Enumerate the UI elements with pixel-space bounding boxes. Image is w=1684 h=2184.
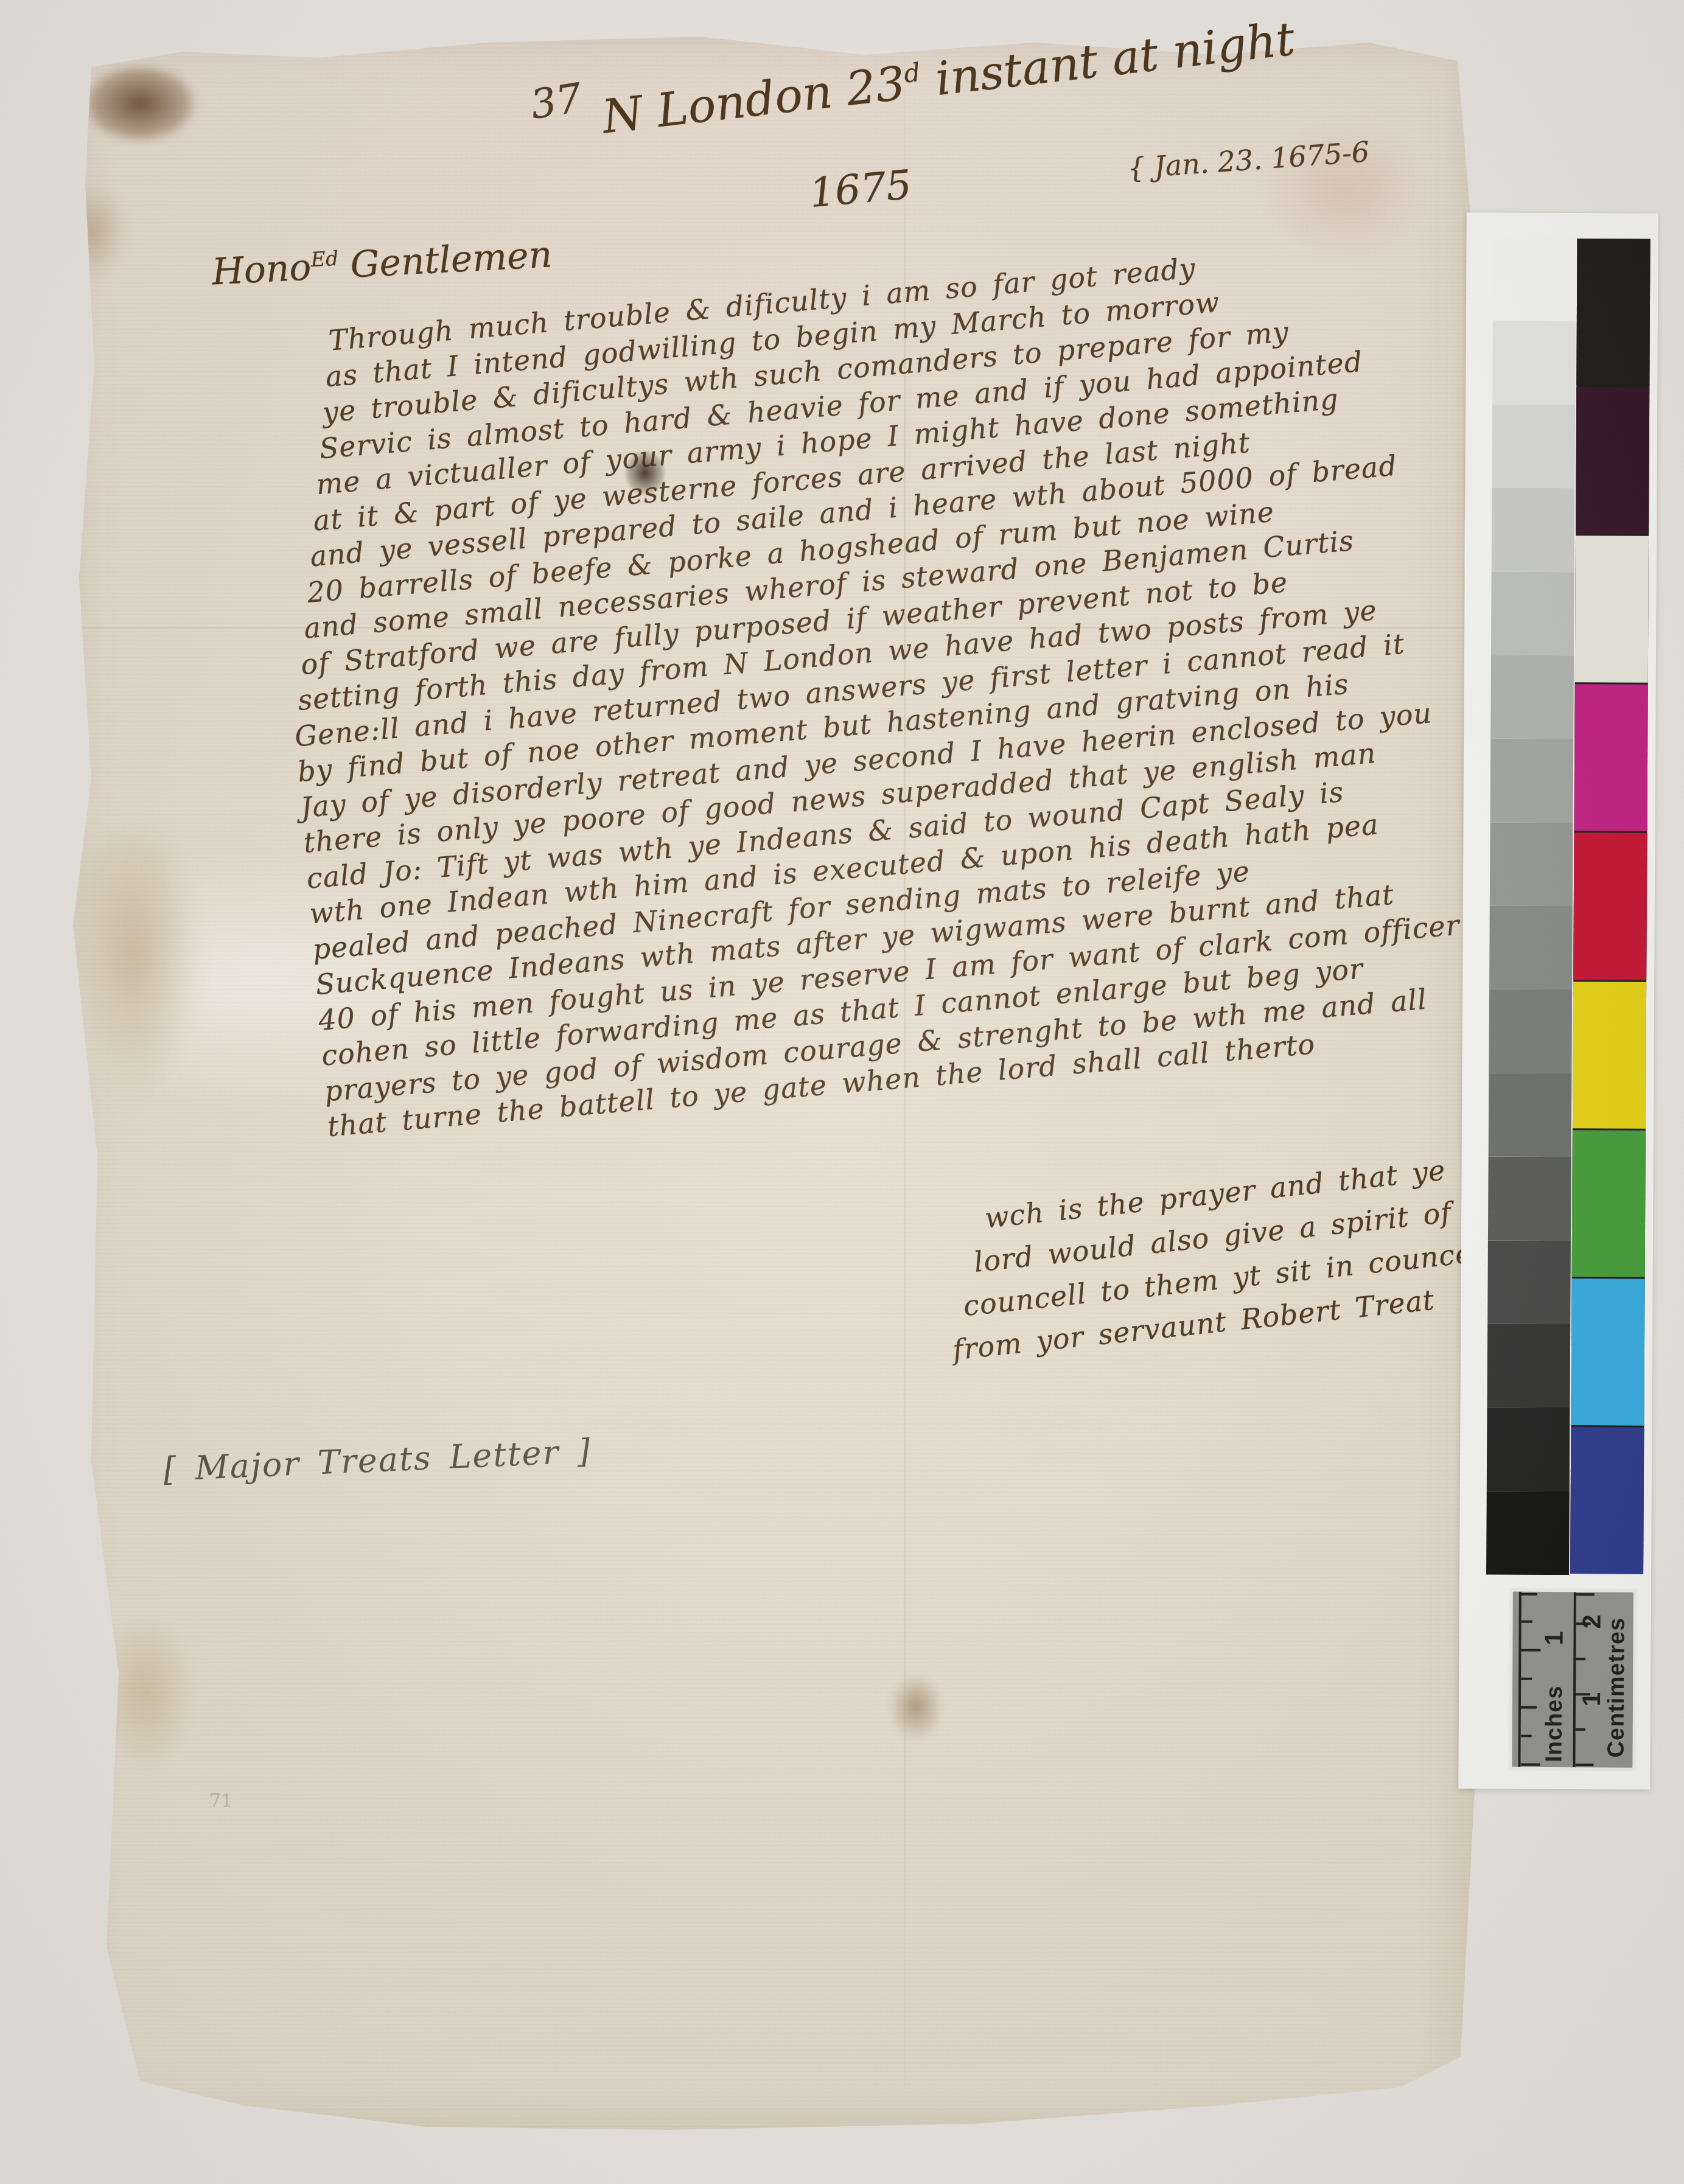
color-patch [1570,1427,1644,1574]
manuscript-scan: 37 N London 23d instant at night 1675 { … [0,0,1684,2184]
cm-number-2: 2 [1577,1614,1607,1629]
color-patch [1573,833,1647,980]
ruler-scales: Inches 1 1 2 Centimetres [1512,1592,1633,1768]
grayscale-step [1492,321,1576,405]
inch-tick [1522,1621,1532,1623]
color-patch [1576,239,1650,386]
grayscale-step [1490,739,1574,823]
grayscale-step [1487,1324,1571,1408]
grayscale-strip [1486,237,1576,1575]
cm-number-1: 1 [1577,1692,1606,1707]
cm-tick [1576,1728,1585,1731]
cm-tick [1576,1658,1585,1660]
cm-tick [1575,1764,1593,1766]
centimetres-label: Centimetres [1603,1617,1630,1758]
color-patch [1575,536,1649,683]
inch-tick [1521,1706,1537,1709]
color-patch [1572,1130,1646,1277]
inch-tick [1521,1649,1540,1652]
cm-tick [1576,1593,1595,1596]
inch-tick [1520,1764,1540,1766]
letter-body: Through much trouble & dificulty i am so… [260,225,1560,1145]
cm-scale-line [1573,1592,1576,1767]
grayscale-step [1486,1491,1570,1575]
inches-label: Inches [1541,1685,1568,1762]
color-patch-strip [1570,239,1650,1574]
grayscale-step [1487,1408,1570,1491]
ink-blot [626,452,665,494]
calibration-card: Inches 1 1 2 Centimetres [1458,212,1658,1790]
archival-number: 37 [527,74,585,128]
color-patch [1574,684,1647,831]
dateline-year: 1675 [808,161,914,217]
inch-number-1: 1 [1539,1631,1568,1645]
grayscale-step [1490,655,1574,739]
color-patch [1573,982,1646,1129]
grayscale-step [1489,989,1572,1073]
ruler-patch: Inches 1 1 2 Centimetres [1512,1592,1633,1768]
inch-tick [1521,1735,1532,1737]
inch-tick [1521,1678,1532,1680]
grayscale-step [1489,1073,1572,1157]
grayscale-step [1489,905,1573,989]
grayscale-step [1487,1240,1571,1324]
grayscale-step [1493,237,1576,321]
color-patch [1576,387,1649,534]
grayscale-step [1488,1157,1571,1241]
grayscale-step [1492,404,1575,488]
folio-number: 71 [209,1790,232,1812]
inch-tick [1522,1593,1537,1596]
grayscale-step [1490,822,1573,906]
color-patch [1571,1279,1644,1426]
grayscale-step [1491,571,1574,655]
salutation-superscript: Ed [310,246,339,271]
grayscale-step [1492,488,1575,572]
salutation-text: Hono [211,246,313,293]
